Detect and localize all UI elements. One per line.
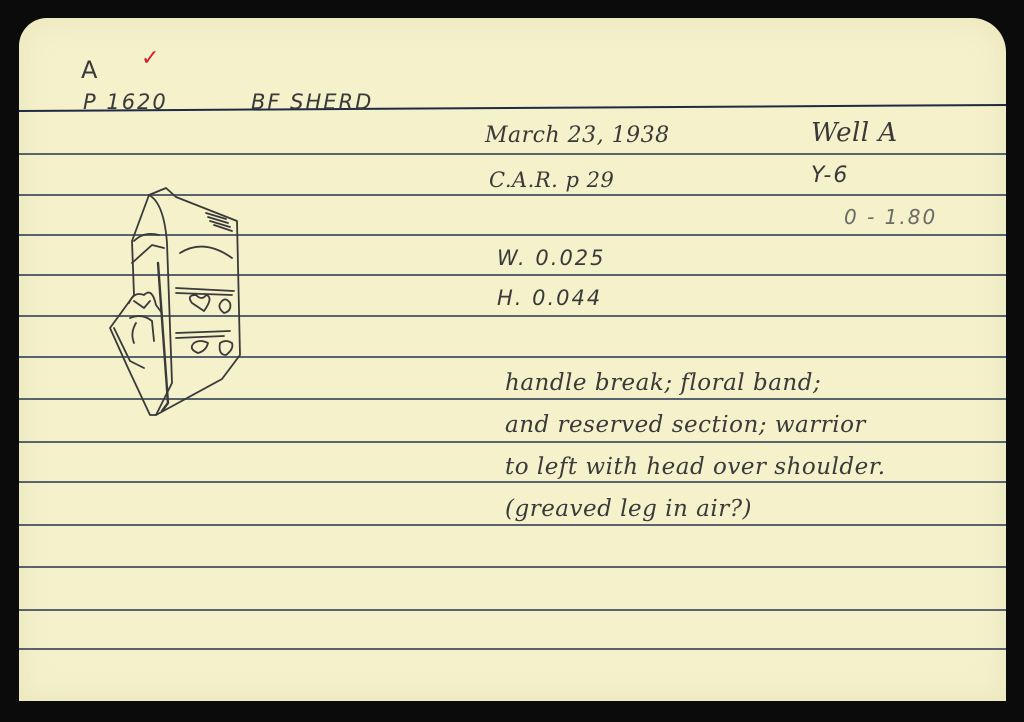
catalog-card: A ✓ P 1620 BF SHERD March 23, 1938 C.A.R… (19, 18, 1006, 701)
ruled-line (19, 648, 1006, 650)
ruled-line (19, 153, 1006, 155)
find-location: Well A (811, 118, 898, 148)
ruled-line (19, 524, 1006, 526)
section-letter: A (81, 56, 99, 84)
ruled-line (19, 441, 1006, 443)
dimension-height: H. 0.044 (497, 286, 602, 310)
pottery-sherd-drawing-icon (104, 183, 264, 428)
description-line: and reserved section; warrior (505, 412, 866, 438)
check-mark-icon: ✓ (141, 46, 159, 71)
ruled-line (19, 609, 1006, 611)
ruled-line (19, 481, 1006, 483)
description-line: handle break; floral band; (505, 370, 821, 396)
description-line: (greaved leg in air?) (505, 496, 752, 522)
description-line: to left with head over shoulder. (505, 454, 886, 480)
dimension-width: W. 0.025 (497, 246, 606, 270)
grid-square: Y-6 (811, 163, 849, 188)
catalog-number: P 1620 (83, 90, 168, 114)
excavation-date: March 23, 1938 (485, 123, 670, 148)
object-title: BF SHERD (251, 90, 373, 114)
notebook-reference: C.A.R. p 29 (489, 168, 614, 192)
depth-range: 0 - 1.80 (844, 205, 937, 229)
ruled-line (19, 566, 1006, 568)
